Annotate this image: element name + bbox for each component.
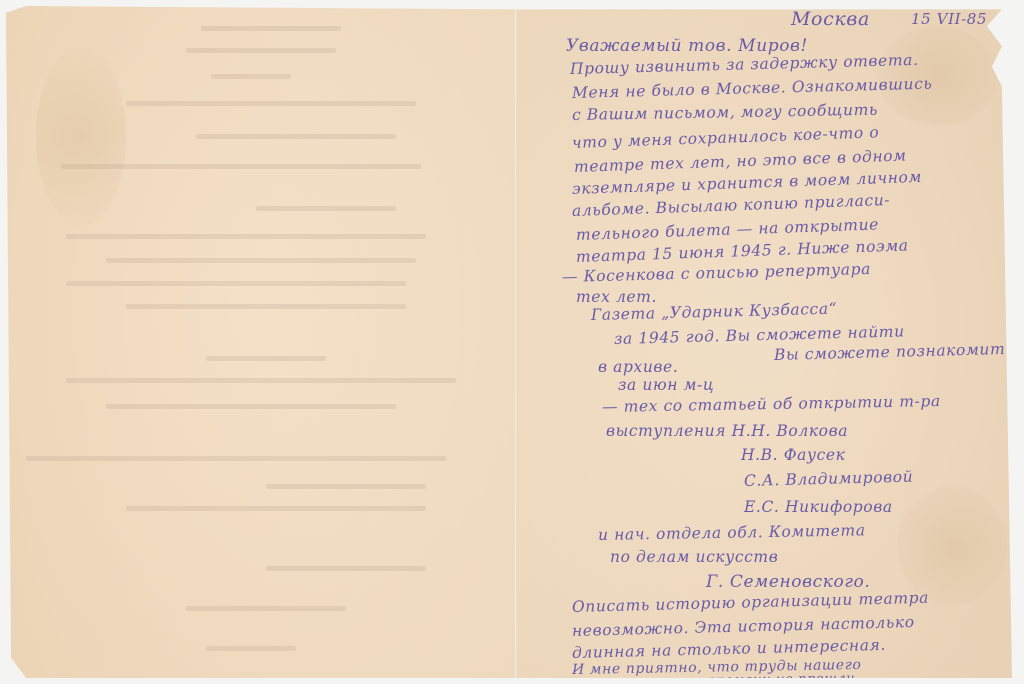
bleed-through-line xyxy=(196,134,396,139)
letter-line: Н.В. Фаусек xyxy=(741,446,846,464)
letter-line: в архиве. xyxy=(598,358,678,376)
bleed-through-line xyxy=(126,101,416,106)
bleed-through-line xyxy=(126,506,426,511)
bleed-through-line xyxy=(266,484,426,489)
letter-line: за июн м-ц xyxy=(618,376,714,394)
bleed-through-line xyxy=(266,566,426,571)
letter-line: Е.С. Никифорова xyxy=(744,498,893,516)
letter-line: тех лет. xyxy=(576,288,657,306)
bleed-through-line xyxy=(186,48,336,53)
letter-line: выступления Н.Н. Волкова xyxy=(606,422,848,440)
bleed-through-line xyxy=(66,234,426,239)
bleed-through-line xyxy=(106,404,396,409)
bleed-through-line xyxy=(66,378,456,383)
bleed-through-line xyxy=(26,456,446,461)
letter-line: Уважаемый тов. Миров! xyxy=(566,36,808,56)
bleed-through-line xyxy=(66,281,406,286)
bleed-through-line xyxy=(186,606,346,611)
letter-line: по делам искусств xyxy=(610,548,778,566)
paper-stain xyxy=(897,486,1007,606)
left-page-blank xyxy=(6,6,514,678)
bleed-through-line xyxy=(256,206,396,211)
letter-sheet: Москва 15 VII-85 Уважаемый тов. Миров! П… xyxy=(6,6,1012,678)
bleed-through-line xyxy=(211,74,291,79)
letter-place: Москва xyxy=(791,8,870,30)
paper-stain xyxy=(36,46,126,226)
bleed-through-line xyxy=(201,26,341,31)
bleed-through-line xyxy=(106,258,416,263)
letter-line: Г. Семеновского. xyxy=(706,572,870,592)
bleed-through-line xyxy=(126,304,406,309)
letter-date: 15 VII-85 xyxy=(911,10,987,28)
bleed-through-line xyxy=(206,356,326,361)
bleed-through-line xyxy=(206,646,296,651)
